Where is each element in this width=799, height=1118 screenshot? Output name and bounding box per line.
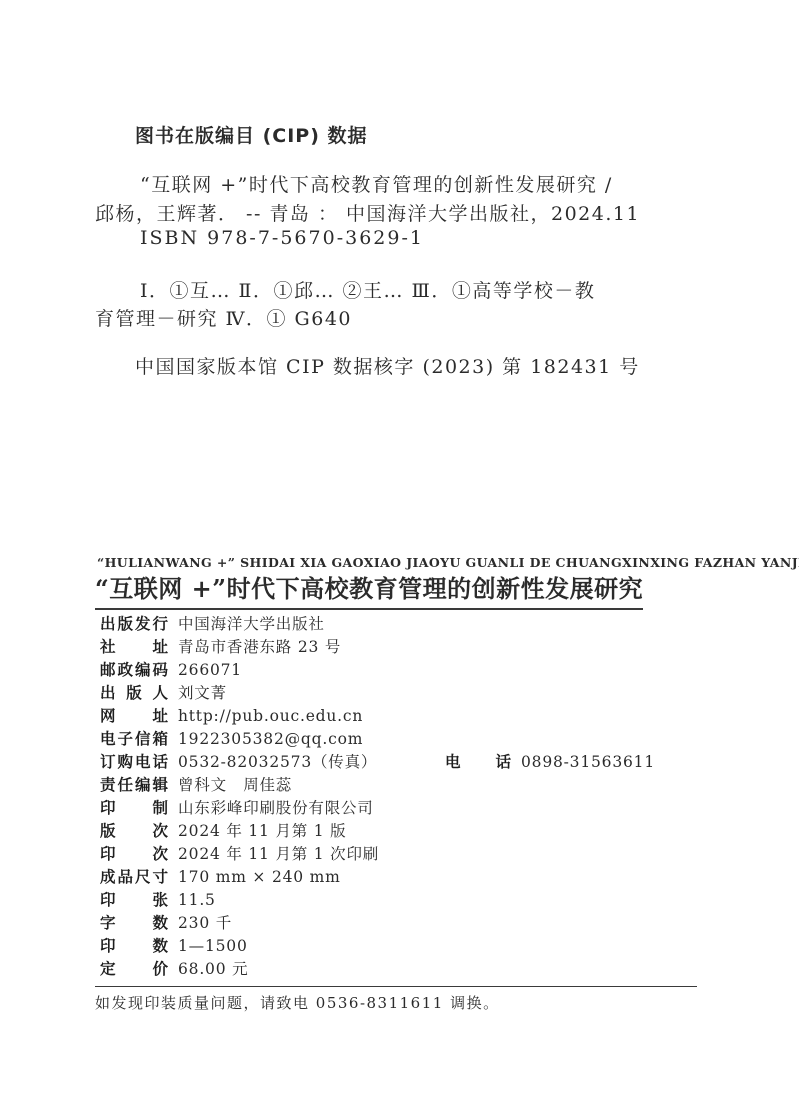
colophon-label: 邮政编码 xyxy=(100,659,168,682)
colophon-value: 0898-31563611 xyxy=(521,751,655,774)
colophon-value: 266071 xyxy=(178,659,242,682)
colophon-label: 社址 xyxy=(100,636,168,659)
colophon-value: 刘文菁 xyxy=(178,682,227,705)
colophon-label: 电话 xyxy=(445,751,511,774)
colophon-label: 印制 xyxy=(100,797,168,820)
colophon-row-publisher-person: 出版人刘文菁 xyxy=(100,682,720,705)
colophon-label: 订购电话 xyxy=(100,751,168,774)
colophon-label: 定价 xyxy=(100,958,168,981)
colophon-value: 山东彩峰印刷股份有限公司 xyxy=(178,797,374,820)
colophon-label: 版次 xyxy=(100,820,168,843)
colophon-label: 电子信箱 xyxy=(100,728,168,751)
cip-record-number: 中国国家版本馆 CIP 数据核字 (2023) 第 182431 号 xyxy=(95,352,640,379)
colophon-phone-pair: 电话0898-31563611 xyxy=(445,751,655,774)
colophon-value: 2024 年 11 月第 1 次印刷 xyxy=(178,843,379,866)
colophon-row-wordcount: 字数230 千 xyxy=(100,912,720,935)
colophon-value: 2024 年 11 月第 1 版 xyxy=(178,820,346,843)
colophon-value-url: http://pub.ouc.edu.cn xyxy=(178,705,363,728)
book-title-pinyin: “HULIANWANG +” SHIDAI XIA GAOXIAO JIAOYU… xyxy=(97,555,799,570)
colophon-value: 中国海洋大学出版社 xyxy=(178,613,325,636)
colophon-value: 230 千 xyxy=(178,912,232,935)
colophon-value: 曾科文 周佳蕊 xyxy=(178,774,292,797)
colophon-label: 印次 xyxy=(100,843,168,866)
colophon-label: 字数 xyxy=(100,912,168,935)
colophon-value: 青岛市香港东路 23 号 xyxy=(178,636,341,659)
cip-isbn: ISBN 978-7-5670-3629-1 xyxy=(95,227,424,249)
colophon-label: 责任编辑 xyxy=(100,774,168,797)
colophon-label: 印数 xyxy=(100,935,168,958)
colophon-row-website: 网址http://pub.ouc.edu.cn xyxy=(100,705,720,728)
colophon-value: 11.5 xyxy=(178,889,216,912)
colophon-value-email: 1922305382@qq.com xyxy=(178,728,363,751)
colophon-row-postcode: 邮政编码266071 xyxy=(100,659,720,682)
colophon-row-size: 成品尺寸170 mm × 240 mm xyxy=(100,866,720,889)
colophon-row-publisher: 出版发行中国海洋大学出版社 xyxy=(100,613,720,636)
colophon-row-impression: 印次2024 年 11 月第 1 次印刷 xyxy=(100,843,720,866)
colophon-value: 170 mm × 240 mm xyxy=(178,866,341,889)
colophon-row-address: 社址青岛市香港东路 23 号 xyxy=(100,636,720,659)
colophon-label: 网址 xyxy=(100,705,168,728)
colophon-value: 1—1500 xyxy=(178,935,248,958)
colophon-table: 出版发行中国海洋大学出版社 社址青岛市香港东路 23 号 邮政编码266071 … xyxy=(100,613,720,981)
colophon-row-email: 电子信箱1922305382@qq.com xyxy=(100,728,720,751)
footer-divider xyxy=(95,986,697,987)
cip-title-statement: “互联网 +”时代下高校教育管理的创新性发展研究 / xyxy=(95,170,613,197)
cip-author-publisher-line: 邱杨，王辉著． -- 青岛 ： 中国海洋大学出版社，2024.11 xyxy=(95,199,640,226)
colophon-label: 成品尺寸 xyxy=(100,866,168,889)
colophon-row-price: 定价68.00 元 xyxy=(100,958,720,981)
cip-heading: 图书在版编目 (CIP) 数据 xyxy=(135,121,368,148)
colophon-row-edition: 版次2024 年 11 月第 1 版 xyxy=(100,820,720,843)
colophon-label: 出版发行 xyxy=(100,613,168,636)
colophon-row-printer: 印制山东彩峰印刷股份有限公司 xyxy=(100,797,720,820)
quality-complaint-note: 如发现印装质量问题，请致电 0536-8311611 调换。 xyxy=(95,992,500,1013)
colophon-label: 出版人 xyxy=(100,682,168,705)
cip-classification-line-2: 育管理－研究 Ⅳ．① G640 xyxy=(95,304,352,331)
cip-classification-line-1: Ⅰ．①互… Ⅱ．①邱… ②王… Ⅲ．①高等学校－教 xyxy=(95,276,595,303)
colophon-label: 印张 xyxy=(100,889,168,912)
book-title: “互联网 +”时代下高校教育管理的创新性发展研究 xyxy=(95,569,643,610)
colophon-row-editors: 责任编辑曾科文 周佳蕊 xyxy=(100,774,720,797)
colophon-value: 0532-82032573（传真） xyxy=(178,751,377,774)
colophon-row-print-run: 印数1—1500 xyxy=(100,935,720,958)
colophon-row-order-phone: 订购电话0532-82032573（传真） 电话0898-31563611 xyxy=(100,751,720,774)
colophon-value: 68.00 元 xyxy=(178,958,248,981)
colophon-row-sheets: 印张11.5 xyxy=(100,889,720,912)
copyright-page: 图书在版编目 (CIP) 数据 “互联网 +”时代下高校教育管理的创新性发展研究… xyxy=(0,0,799,1118)
